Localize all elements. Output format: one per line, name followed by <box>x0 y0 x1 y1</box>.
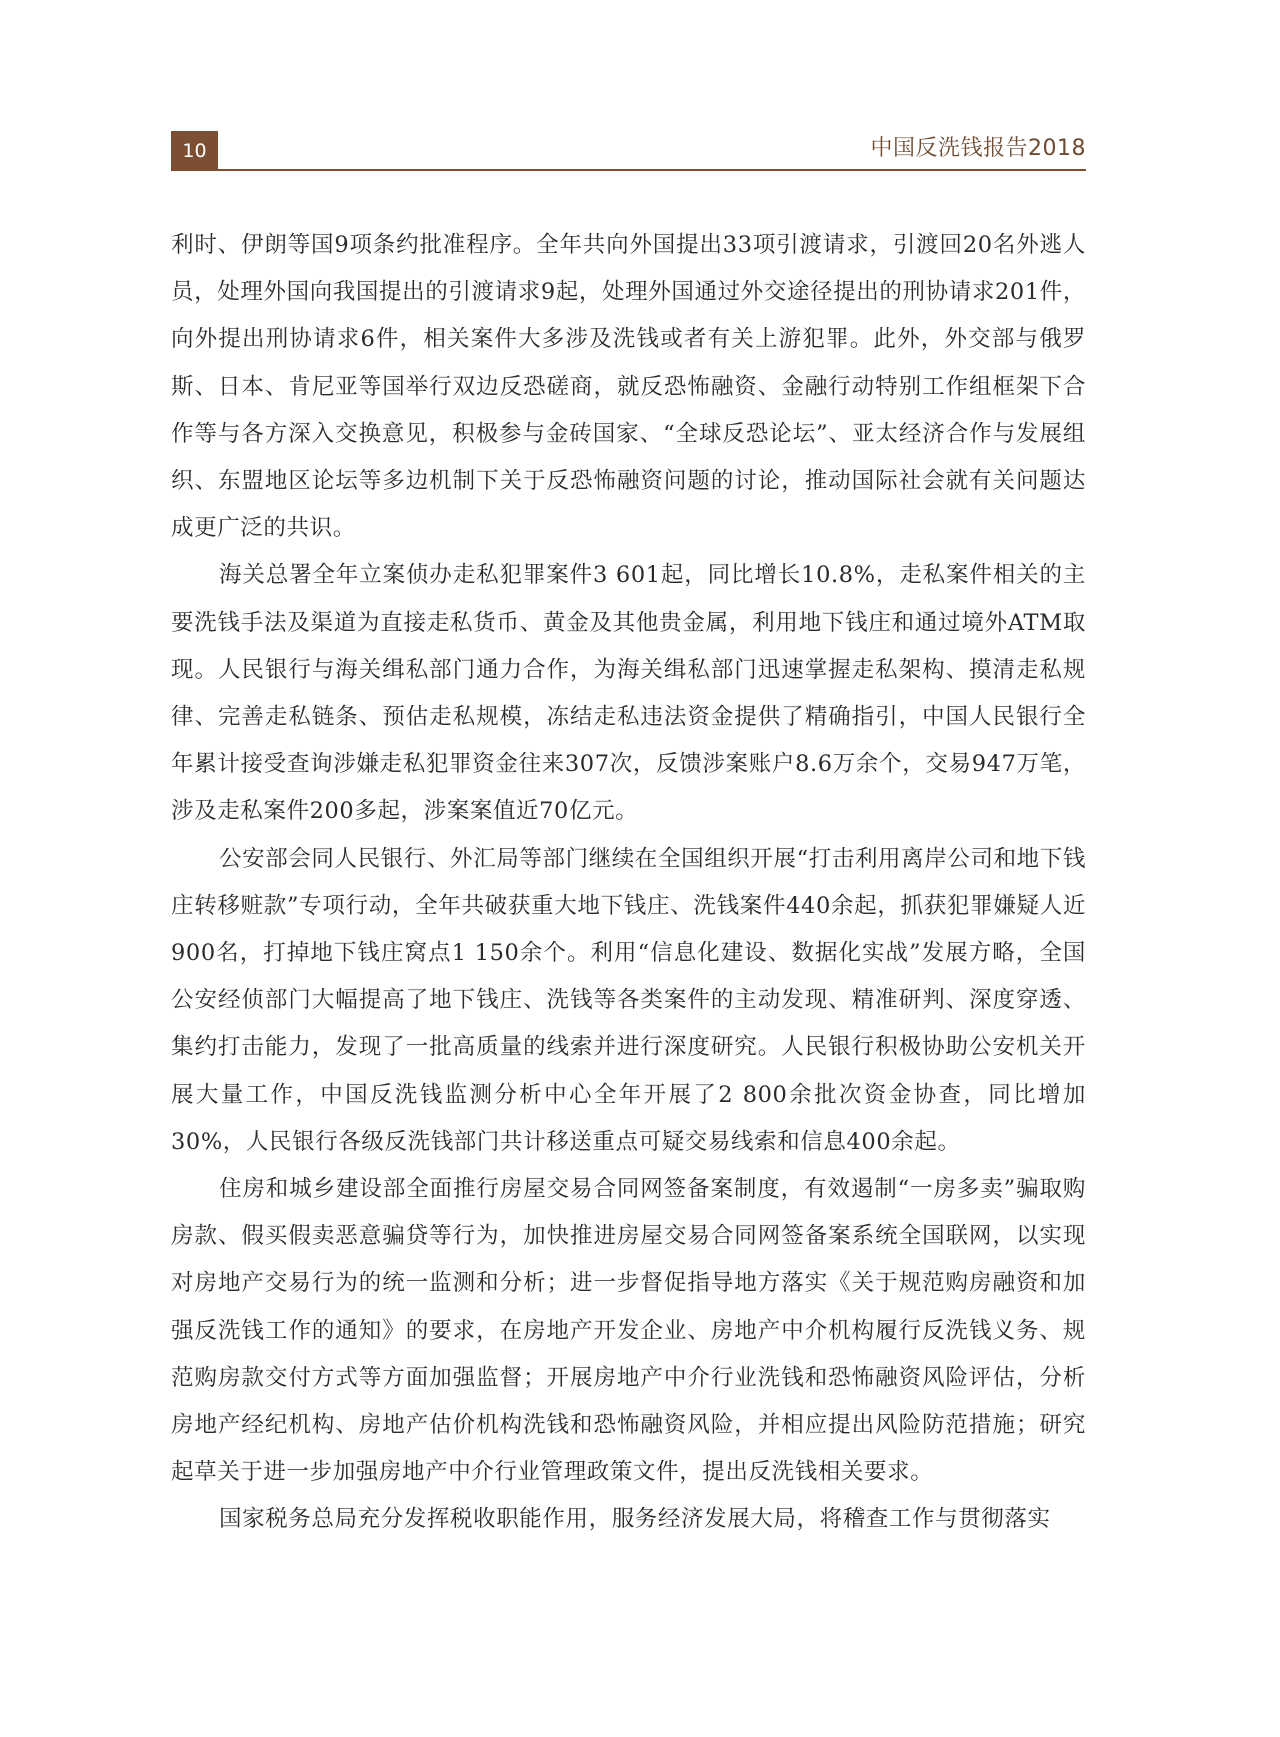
page-number: 10 <box>171 131 218 171</box>
paragraph-5: 国家税务总局充分发挥税收职能作用，服务经济发展大局，将稽查工作与贯彻落实 <box>171 1496 1086 1543</box>
paragraph-1: 利时、伊朗等国9项条约批准程序。全年共向外国提出33项引渡请求，引渡回20名外逃… <box>171 222 1086 552</box>
body-text: 利时、伊朗等国9项条约批准程序。全年共向外国提出33项引渡请求，引渡回20名外逃… <box>171 222 1086 1544</box>
paragraph-2: 海关总署全年立案侦办走私犯罪案件3 601起，同比增长10.8%，走私案件相关的… <box>171 552 1086 835</box>
header-rule <box>171 169 1086 171</box>
page-header: 10 中国反洗钱报告2018 <box>171 131 1086 172</box>
paragraph-3: 公安部会同人民银行、外汇局等部门继续在全国组织开展“打击利用离岸公司和地下钱庄转… <box>171 836 1086 1166</box>
running-title: 中国反洗钱报告2018 <box>871 135 1087 163</box>
paragraph-4: 住房和城乡建设部全面推行房屋交易合同网签备案制度，有效遏制“一房多卖”骗取购房款… <box>171 1166 1086 1496</box>
